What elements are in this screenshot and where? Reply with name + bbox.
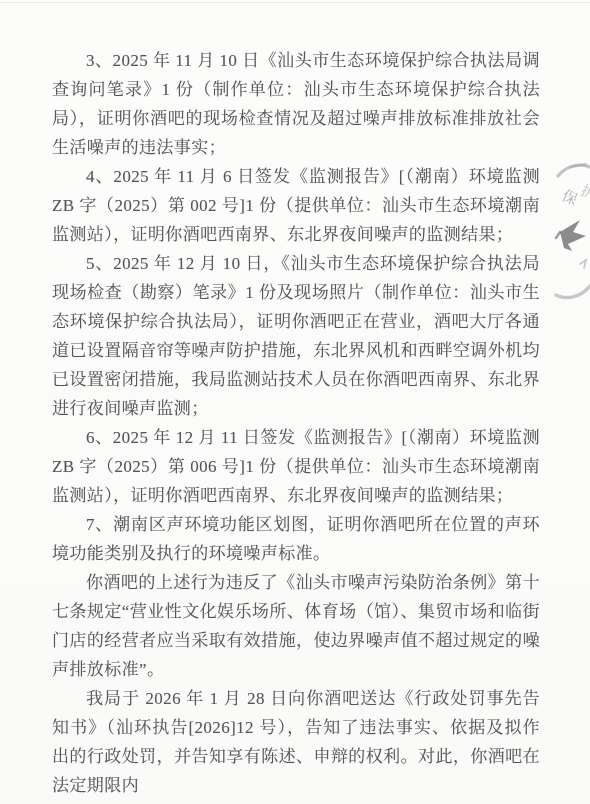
handwritten-margin-marks: 保 护 (546, 150, 590, 310)
handwritten-character-partial: 护 (578, 182, 590, 204)
pen-scribble-artifact: 保 护 (546, 150, 590, 310)
document-body: 3、2025 年 11 月 10 日《汕头市生态环境保护综合执法局调查询问笔录》… (52, 46, 540, 800)
paragraph-evidence-6: 6、2025 年 12 月 11 日签发《监测报告》[（潮南）环境监测 ZB 字… (52, 423, 540, 510)
paragraph-violation-statement: 你酒吧的上述行为违反了《汕头市噪声污染防治条例》第十七条规定“营业性文化娱乐场所… (52, 568, 540, 684)
handwritten-character: 保 (559, 187, 580, 209)
paragraph-evidence-3: 3、2025 年 11 月 10 日《汕头市生态环境保护综合执法局调查询问笔录》… (52, 46, 540, 162)
scan-edge-artifact (0, 2, 590, 3)
paragraph-evidence-5: 5、2025 年 12 月 10 日，《汕头市生态环境保护综合执法局现场检查（勘… (52, 249, 540, 423)
paragraph-evidence-7: 7、潮南区声环境功能区划图，证明你酒吧所在位置的声环境功能类别及执行的环境噪声标… (52, 510, 540, 568)
paragraph-evidence-4: 4、2025 年 11 月 6 日签发《监测报告》[（潮南）环境监测 ZB 字（… (52, 162, 540, 249)
paragraph-prior-notice: 我局于 2026 年 1 月 28 日向你酒吧送达《行政处罚事先告知书》（汕环执… (52, 684, 540, 800)
document-page: 3、2025 年 11 月 10 日《汕头市生态环境保护综合执法局调查询问笔录》… (0, 0, 590, 804)
